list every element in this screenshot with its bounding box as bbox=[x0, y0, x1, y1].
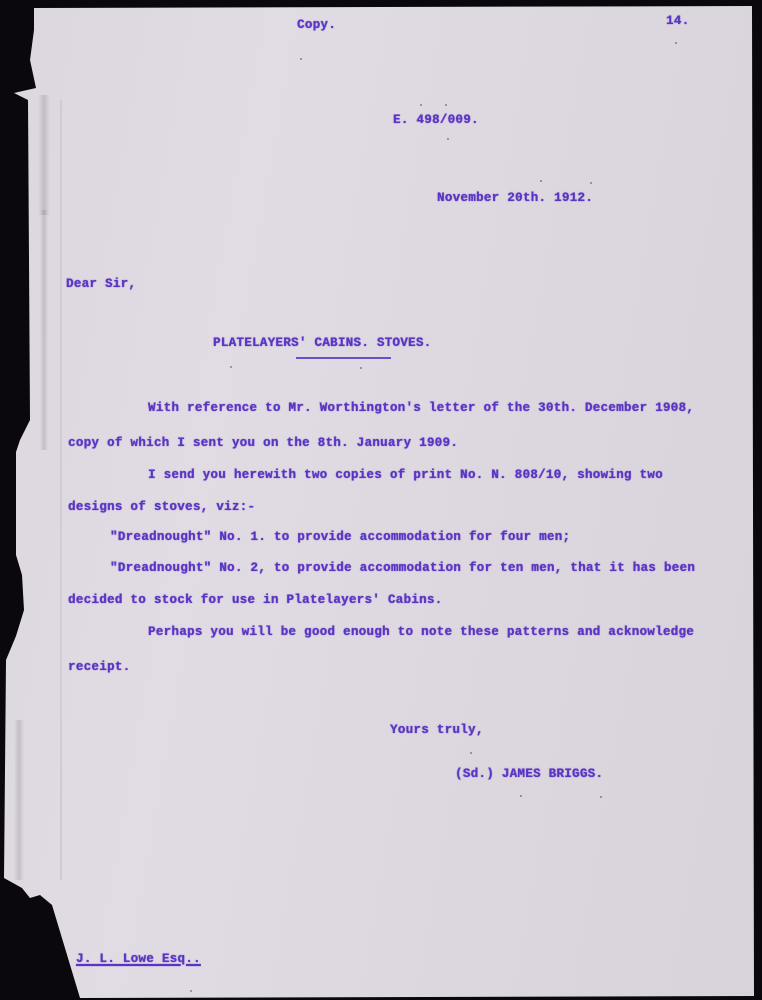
speck bbox=[447, 138, 449, 140]
paragraph-4-line-2: receipt. bbox=[68, 660, 130, 674]
speck bbox=[590, 182, 592, 184]
closing: Yours truly, bbox=[390, 723, 484, 737]
paragraph-1-line-2: copy of which I sent you on the 8th. Jan… bbox=[68, 436, 458, 450]
speck bbox=[520, 795, 522, 797]
speck bbox=[360, 367, 362, 369]
speck bbox=[190, 990, 192, 992]
speck bbox=[600, 796, 602, 798]
subject-heading: PLATELAYERS' CABINS. STOVES. bbox=[213, 336, 431, 350]
reference-number: E. 498/009. bbox=[393, 113, 479, 127]
addressee: J. L. Lowe Esq.. bbox=[76, 952, 201, 966]
paragraph-3-continuation: decided to stock for use in Platelayers'… bbox=[68, 593, 442, 607]
speck bbox=[540, 180, 542, 182]
salutation: Dear Sir, bbox=[66, 277, 136, 291]
letter-date: November 20th. 1912. bbox=[437, 191, 593, 205]
paragraph-1-line-1: With reference to Mr. Worthington's lett… bbox=[148, 401, 694, 415]
speck bbox=[445, 104, 447, 106]
speck bbox=[230, 366, 232, 368]
scanned-letter: Copy. 14. E. 498/009. November 20th. 191… bbox=[0, 0, 762, 1000]
stove-item-2: "Dreadnought" No. 2, to provide accommod… bbox=[110, 561, 695, 575]
speck bbox=[675, 42, 677, 44]
paragraph-4-line-1: Perhaps you will be good enough to note … bbox=[148, 625, 694, 639]
stove-item-1: "Dreadnought" No. 1. to provide accommod… bbox=[110, 530, 570, 544]
paragraph-2-line-1: I send you herewith two copies of print … bbox=[148, 468, 663, 482]
speck bbox=[420, 104, 422, 106]
signature: (Sd.) JAMES BRIGGS. bbox=[455, 767, 603, 781]
page-number: 14. bbox=[666, 14, 689, 28]
copy-label: Copy. bbox=[297, 18, 336, 32]
paper-crease bbox=[60, 100, 62, 880]
paragraph-2-line-2: designs of stoves, viz:- bbox=[68, 500, 255, 514]
speck bbox=[470, 752, 472, 754]
subject-underline bbox=[296, 357, 391, 359]
speck bbox=[300, 58, 302, 60]
